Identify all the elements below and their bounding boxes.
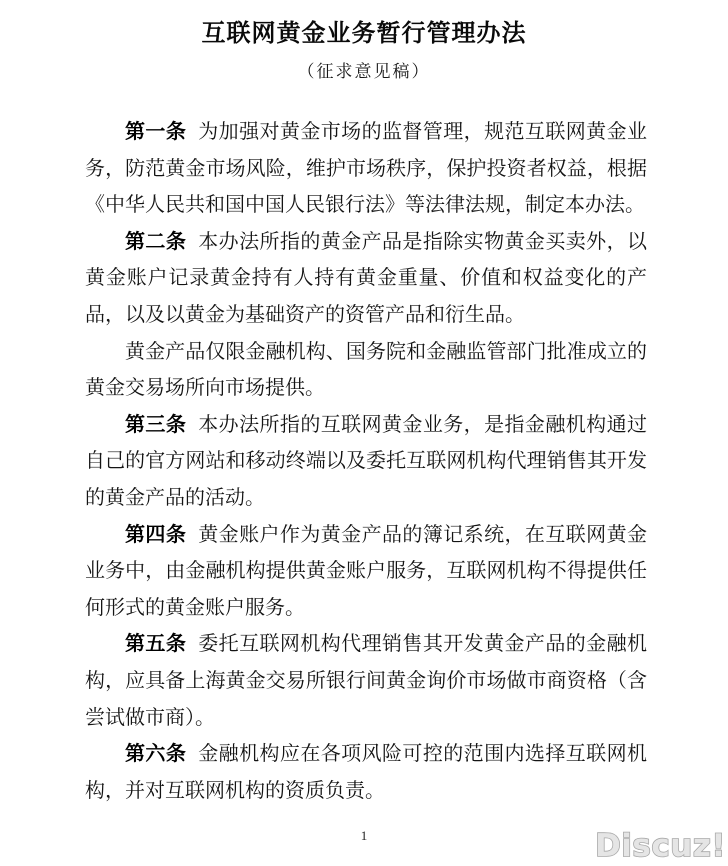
document-paragraph-article-6: 第六条金融机构应在各项风险可控的范围内选择互联网机构，并对互联网机构的资质负责。 xyxy=(85,736,647,809)
document-title: 互联网黄金业务暂行管理办法 xyxy=(0,13,728,48)
article-number-label: 第四条 xyxy=(125,524,186,546)
document-body: 第一条为加强对黄金市场的监督管理，规范互联网黄金业务，防范黄金市场风险，维护市场… xyxy=(85,114,647,809)
document-page: 互联网黄金业务暂行管理办法 （征求意见稿） 第一条为加强对黄金市场的监督管理，规… xyxy=(0,0,728,866)
document-paragraph-article-3: 第三条本办法所指的互联网黄金业务，是指金融机构通过自己的官方网站和移动终端以及委… xyxy=(85,407,647,517)
document-paragraph-article-1: 第一条为加强对黄金市场的监督管理，规范互联网黄金业务，防范黄金市场风险，维护市场… xyxy=(85,114,647,224)
article-number-label: 第一条 xyxy=(125,121,186,143)
article-number-label: 第三条 xyxy=(125,414,186,436)
document-paragraph-article-4: 第四条黄金账户作为黄金产品的簿记系统，在互联网黄金业务中，由金融机构提供黄金账户… xyxy=(85,517,647,627)
article-number-label: 第六条 xyxy=(125,743,186,765)
document-paragraph-article-2-continued: 黄金产品仅限金融机构、国务院和金融监管部门批准成立的黄金交易场所向市场提供。 xyxy=(85,334,647,407)
article-number-label: 第二条 xyxy=(125,231,186,253)
document-paragraph-article-2: 第二条本办法所指的黄金产品是指除实物黄金买卖外，以黄金账户记录黄金持有人持有黄金… xyxy=(85,224,647,334)
document-paragraph-article-5: 第五条委托互联网机构代理销售其开发黄金产品的金融机构，应具备上海黄金交易所银行间… xyxy=(85,626,647,736)
document-subtitle: （征求意见稿） xyxy=(0,57,728,82)
paragraph-text: 黄金产品仅限金融机构、国务院和金融监管部门批准成立的黄金交易场所向市场提供。 xyxy=(85,341,647,400)
article-number-label: 第五条 xyxy=(125,633,186,655)
discuz-watermark: Discuz! xyxy=(595,828,726,864)
